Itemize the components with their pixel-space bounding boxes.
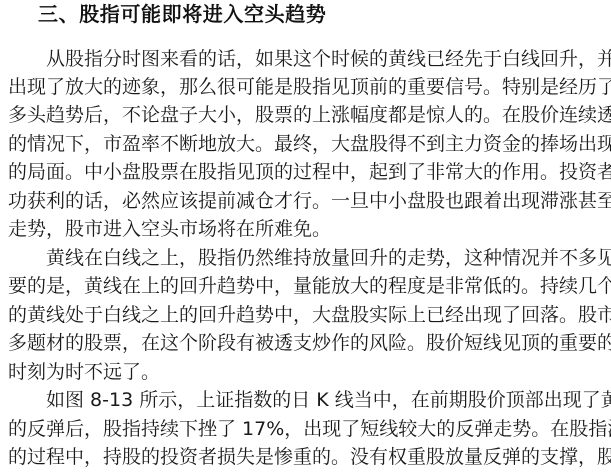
paragraph-1-line-3: 多头趋势后，不论盘子大小，股票的上涨幅度都是惊人的。在股价连续透支业绩 [8,102,605,129]
section-heading: 三、股指可能即将进入空头趋势 [38,1,326,27]
paragraph-2-line-3: 的黄线处于白线之上的回升趋势中，大盘股实际上已经出现了回落。股市当中很 [8,302,605,329]
paragraph-2-line-2: 要的是，黄线在上的回升趋势中，量能放大的程度是非常低的。持续几个交易日 [8,273,605,300]
paragraph-3-line-2: 的反弹后，股指持续下挫了 17%，出现了短线较大的反弹走势。在股指深度下挫 [8,416,605,443]
paragraph-2-line-5: 时刻为时不远了。 [8,359,605,386]
paragraph-1-line-2: 出现了放大的迹象，那么很可能是股指见顶前的重要信号。特别是经历了主要的 [8,74,605,101]
paragraph-1-line-1: 从股指分时图来看的话，如果这个时候的黄线已经先于白线回升，并且量能 [46,46,605,73]
paragraph-1-line-6: 功获利的话，必然应该提前减仓才行。一旦中小盘股也跟着出现滞涨甚至下跌的 [8,188,605,215]
paragraph-2-line-4: 多题材的股票，在这个阶段有被透支炒作的风险。股价短线见顶的重要的历史性 [8,330,605,357]
paragraph-1-line-5: 的局面。中小盘股票在股指见顶的过程中，起到了非常大的作用。投资者要想成 [8,159,605,186]
document-page: 三、股指可能即将进入空头趋势 从股指分时图来看的话，如果这个时候的黄线已经先于白… [0,0,611,475]
paragraph-3-line-1: 如图 8-13 所示，上证指数的日 K 线当中，在前期股价顶部出现了黄线在上 [46,387,605,414]
paragraph-1-line-7: 走势，股市进入空头市场将在所难免。 [8,216,605,243]
paragraph-3-line-3: 的过程中，持股的投资者损失是惨重的。没有权重股放量反弹的支撑，股指的下 [8,444,605,471]
paragraph-1-line-4: 的情况下，市盈率不断地放大。最终，大盘股得不到主力资金的捧场出现了滞涨 [8,131,605,158]
paragraph-2-line-1: 黄线在白线之上，股指仍然维持放量回升的走势，这种情况并不多见。更重 [46,245,605,272]
